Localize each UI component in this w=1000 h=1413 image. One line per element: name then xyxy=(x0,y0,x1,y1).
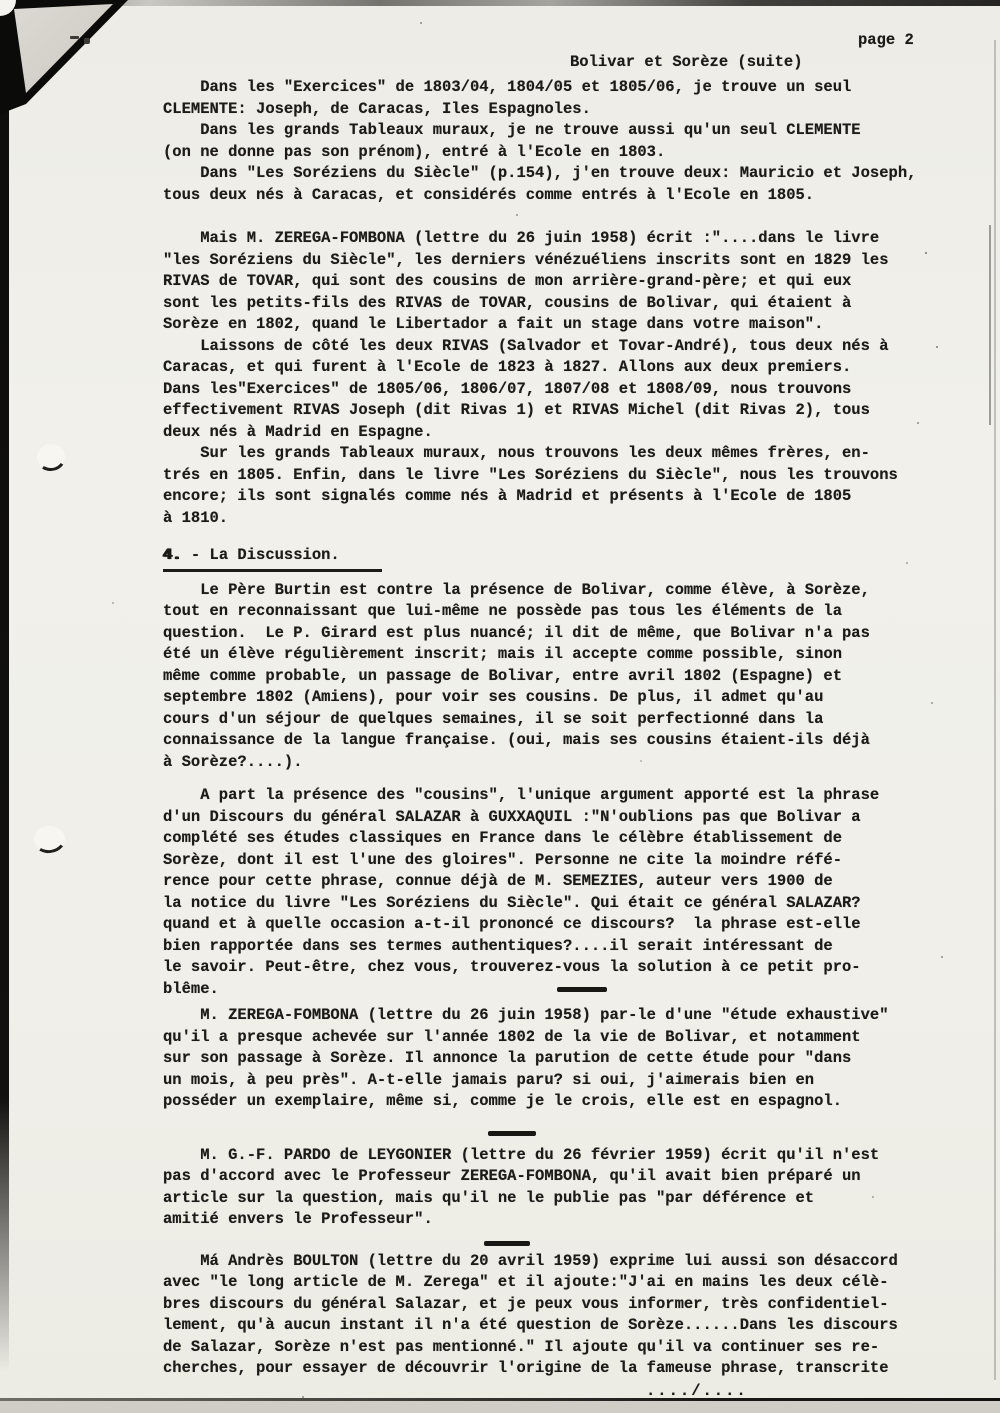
paragraph: Le Père Burtin est contre la présence de… xyxy=(163,580,973,774)
text-line: tout en reconnaissant que lui-même ne po… xyxy=(163,601,973,623)
text-line: bres discours du général Salazar, et je … xyxy=(163,1294,973,1316)
paragraph: Má Andrès BOULTON (lettre du 20 avril 19… xyxy=(163,1251,973,1380)
text-line: connaissance de la langue française. (ou… xyxy=(163,730,973,752)
scan-edge-right xyxy=(994,40,996,1380)
paragraph: Dans les grands Tableaux muraux, je ne t… xyxy=(163,120,973,163)
text-line: la notice du livre "Les Soréziens du Siè… xyxy=(163,893,973,915)
text-line: M. G.-F. PARDO de LEYGONIER (lettre du 2… xyxy=(163,1145,973,1167)
scanned-document-page: page 2 Bolivar et Sorèze (suite) Dans le… xyxy=(0,0,1000,1413)
text-line: sur son passage à Sorèze. Il annonce la … xyxy=(163,1048,973,1070)
text-line: cherches, pour essayer de découvrir l'or… xyxy=(163,1358,973,1380)
page-title: Bolivar et Sorèze (suite) xyxy=(570,52,973,74)
text-line: Sur les grands Tableaux muraux, nous tro… xyxy=(163,443,973,465)
text-line: effectivement RIVAS Joseph (dit Rivas 1)… xyxy=(163,400,973,422)
ink-smudge xyxy=(70,36,79,39)
document-content: page 2 Bolivar et Sorèze (suite) Dans le… xyxy=(163,30,973,1402)
paragraph: Sur les grands Tableaux muraux, nous tro… xyxy=(163,443,973,529)
text-line: de Salazar, Sorèze n'est pas mentionné."… xyxy=(163,1337,973,1359)
text-line: Caracas, et qui furent à l'Ecole de 1823… xyxy=(163,357,973,379)
punch-hole-shadow xyxy=(34,826,65,852)
text-line: un mois, à peu près". A-t-elle jamais pa… xyxy=(163,1070,973,1092)
text-line: Dans les grands Tableaux muraux, je ne t… xyxy=(163,120,973,142)
ink-smudge xyxy=(84,38,90,44)
text-line: septembre 1802 (Amiens), pour voir ses c… xyxy=(163,687,973,709)
text-line: Mais M. ZEREGA-FOMBONA (lettre du 26 jui… xyxy=(163,228,973,250)
text-line: question. Le P. Girard est plus nuancé; … xyxy=(163,623,973,645)
text-line: trés en 1805. Enfin, dans le livre "Les … xyxy=(163,465,973,487)
text-line: d'un Discours du général SALAZAR à GUXXA… xyxy=(163,807,973,829)
paragraph: Dans les "Exercices" de 1803/04, 1804/05… xyxy=(163,77,973,120)
text-line: à Sorèze?....). xyxy=(163,752,973,774)
text-line: Sorèze, dont il est l'une des gloires". … xyxy=(163,850,973,872)
text-line: encore; ils sont signalés comme nés à Ma… xyxy=(163,486,973,508)
continuation-dots: ..../.... xyxy=(646,1381,973,1403)
text-line: "les Soréziens du Siècle", les derniers … xyxy=(163,250,973,272)
text-line: lement, qu'à aucun instant il n'a été qu… xyxy=(163,1315,973,1337)
punch-hole-shadow xyxy=(37,444,65,470)
text-line: A part la présence des "cousins", l'uniq… xyxy=(163,785,973,807)
paragraph: A part la présence des "cousins", l'uniq… xyxy=(163,785,973,1000)
paragraph: M. G.-F. PARDO de LEYGONIER (lettre du 2… xyxy=(163,1145,973,1231)
text-line: CLEMENTE: Joseph, de Caracas, Iles Espag… xyxy=(163,99,973,121)
text-line: avec "le long article de M. Zerega" et i… xyxy=(163,1272,973,1294)
text-line: Má Andrès BOULTON (lettre du 20 avril 19… xyxy=(163,1251,973,1273)
continuation-mark: ..../.... xyxy=(163,1381,973,1403)
text-line: amitié envers le Professeur". xyxy=(163,1209,973,1231)
document-body: Dans les "Exercices" de 1803/04, 1804/05… xyxy=(163,77,973,1402)
text-line: quand et à quelle occasion a-t-il pronon… xyxy=(163,914,973,936)
text-line: Dans les"Exercices" de 1805/06, 1806/07,… xyxy=(163,379,973,401)
text-line: été un élève régulièrement inscrit; mais… xyxy=(163,644,973,666)
text-line: Sorèze en 1802, quand le Libertador a fa… xyxy=(163,314,973,336)
text-line: M. ZEREGA-FOMBONA (lettre du 26 juin 195… xyxy=(163,1005,973,1027)
scan-edge-left xyxy=(0,0,9,1372)
text-line: Dans les "Exercices" de 1803/04, 1804/05… xyxy=(163,77,973,99)
text-line: article sur la question, mais qu'il ne l… xyxy=(163,1188,973,1210)
text-line: Laissons de côté les deux RIVAS (Salvado… xyxy=(163,336,973,358)
text-line: rence pour cette phrase, connue déjà de … xyxy=(163,871,973,893)
text-line: même comme probable, un passage de Boliv… xyxy=(163,666,973,688)
scan-edge-bottom-band xyxy=(0,1401,1000,1413)
text-line: blême. xyxy=(163,979,973,1001)
dog-ear-corner xyxy=(0,0,140,122)
text-line: le savoir. Peut-être, chez vous, trouver… xyxy=(163,957,973,979)
text-line: sont les petits-fils des RIVAS de TOVAR,… xyxy=(163,293,973,315)
text-line: tous deux nés à Caracas, et considérés c… xyxy=(163,185,973,207)
paragraph: Dans "Les Soréziens du Siècle" (p.154), … xyxy=(163,163,973,206)
text-line: cours d'un séjour de quelques semaines, … xyxy=(163,709,973,731)
text-line: à 1810. xyxy=(163,508,973,530)
section-heading-text: 4. - La Discussion. xyxy=(163,545,382,572)
text-line: bien rapportée dans ses termes authentiq… xyxy=(163,936,973,958)
page-number: page 2 xyxy=(858,30,973,52)
text-line: (on ne donne pas son prénom), entré à l'… xyxy=(163,142,973,164)
paragraph: M. ZEREGA-FOMBONA (lettre du 26 juin 195… xyxy=(163,1005,973,1113)
text-line: Le Père Burtin est contre la présence de… xyxy=(163,580,973,602)
text-line: qu'il a presque achevée sur l'année 1802… xyxy=(163,1027,973,1049)
scan-edge-top xyxy=(0,0,1000,6)
paragraph: Mais M. ZEREGA-FOMBONA (lettre du 26 jui… xyxy=(163,228,973,336)
text-line: pas d'accord avec le Professeur ZEREGA-F… xyxy=(163,1166,973,1188)
text-line: posséder un exemplaire, même si, comme j… xyxy=(163,1091,973,1113)
text-line: complété ses études classiques en France… xyxy=(163,828,973,850)
paper-speckles xyxy=(0,0,2,2)
text-line: deux nés à Madrid en Espagne. xyxy=(163,422,973,444)
text-line: RIVAS de TOVAR, qui sont des cousins de … xyxy=(163,271,973,293)
section-heading: 4. - La Discussion. xyxy=(163,545,973,572)
scan-edge-right-dark-segment xyxy=(989,225,991,425)
paragraph: Laissons de côté les deux RIVAS (Salvado… xyxy=(163,336,973,444)
text-line: Dans "Les Soréziens du Siècle" (p.154), … xyxy=(163,163,973,185)
